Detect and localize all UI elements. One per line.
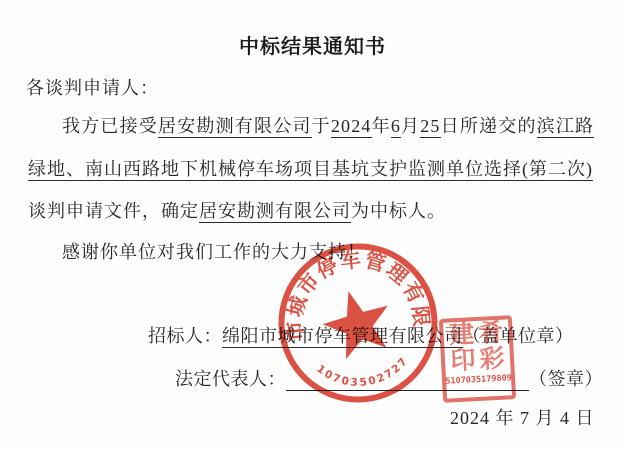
signature-blank-line <box>286 371 529 391</box>
tenderer-line: 招标人：绵阳市城市停车管理有限公司（盖单位章） <box>148 322 574 348</box>
document-title: 中标结果通知书 <box>0 30 625 59</box>
text-segment: 谈判申请文件，确定 <box>28 201 199 221</box>
underlined-year: 2024 <box>331 116 372 138</box>
underlined-winner-name: 居安勘测有限公司 <box>199 201 351 223</box>
text-segment: 日所递交的 <box>441 116 537 136</box>
text-segment: 为中标人。 <box>351 201 446 221</box>
body-line-2: 绿地、南山西路地下机械停车场项目基坑支护监测单位选择(第二次) <box>28 155 593 181</box>
legal-label: 法定代表人： <box>175 369 286 389</box>
underlined-winner-name: 居安勘测有限公司 <box>158 116 312 138</box>
document-page: 中标结果通知书 各谈判申请人： 我方已接受居安勘测有限公司于2024年6月25日… <box>0 0 625 450</box>
tenderer-label: 招标人： <box>148 326 222 346</box>
body-line-1: 我方已接受居安勘测有限公司于2024年6月25日所递交的滨江路 <box>62 112 594 138</box>
text-segment: 月 <box>401 116 420 136</box>
body-line-4: 感谢你单位对我们工作的大力支持！ <box>62 238 366 264</box>
body-line-3: 谈判申请文件，确定居安勘测有限公司为中标人。 <box>28 197 446 223</box>
underlined-project-start: 滨江路 <box>537 116 595 138</box>
underlined-day: 25 <box>420 116 440 138</box>
tenderer-company-name: 绵阳市城市停车管理有限公司 <box>222 326 463 348</box>
underlined-month: 6 <box>391 116 401 138</box>
document-date: 2024 年 7 月 4 日 <box>450 404 595 430</box>
text-segment: 我方已接受 <box>62 116 158 136</box>
legal-representative-line: 法定代表人：（签章） <box>175 365 603 391</box>
text-segment: 年 <box>372 116 391 136</box>
tenderer-note: （盖单位章） <box>463 326 574 346</box>
legal-note: （签章） <box>529 369 603 389</box>
underlined-project-name: 绿地、南山西路地下机械停车场项目基坑支护监测单位选择(第二次) <box>28 159 593 181</box>
text-segment: 于 <box>312 116 331 136</box>
salutation: 各谈判申请人： <box>26 74 159 100</box>
